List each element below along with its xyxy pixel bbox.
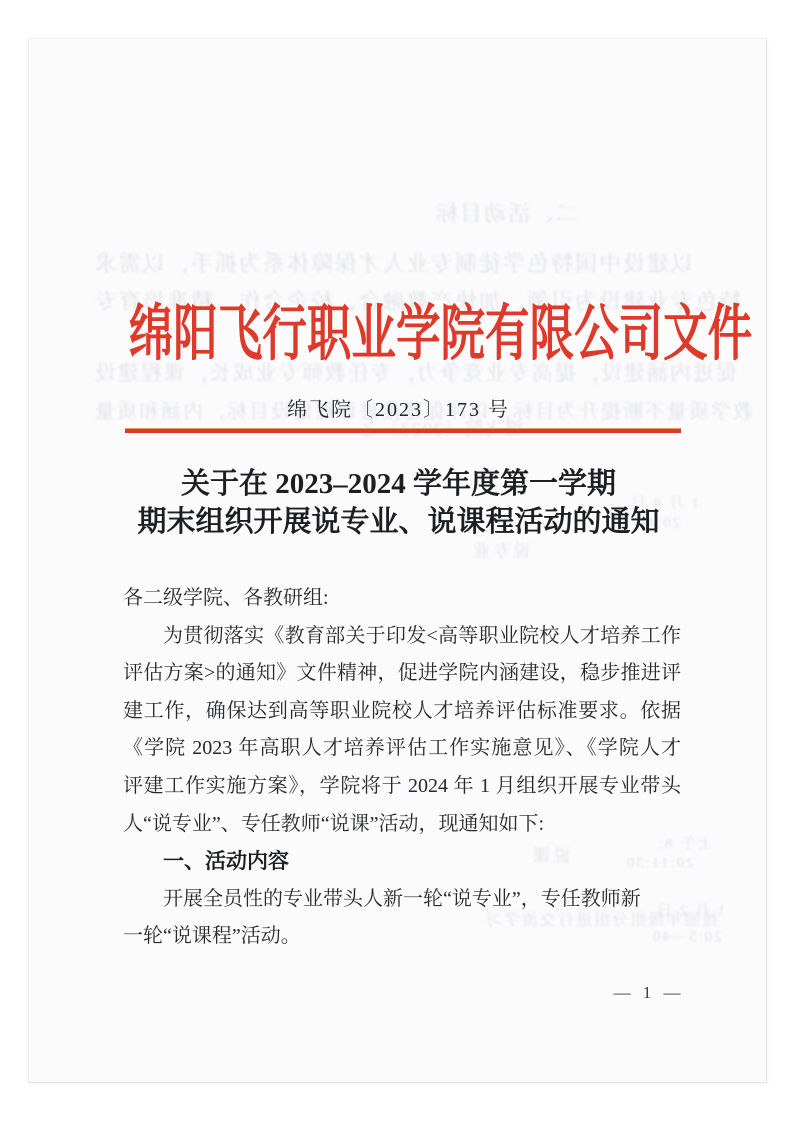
document-reference-number: 绵飞院〔2023〕173 号 bbox=[29, 393, 768, 422]
ghost-bleedthrough-text: 以建设中国特色学徒制专业人才保障体系为抓手，以需求 bbox=[93, 247, 693, 278]
letterhead-red-rule bbox=[125, 428, 681, 433]
scanned-document-page: 二、活动目标 以建设中国特色学徒制专业人才保障体系为抓手，以需求 特色专业建设为… bbox=[28, 38, 767, 1083]
ghost-bleedthrough-text: 二、活动目标 bbox=[434, 197, 578, 228]
letterhead-org-title: 绵阳飞行职业学院有限公司文件 bbox=[129, 285, 668, 372]
paragraph-line: 建工作，确保达到高等职业院校人才培养评估标准要求。依据 bbox=[123, 693, 681, 731]
paragraph-line: 人“说专业”、专任教师“说课”活动，现通知如下: bbox=[123, 806, 681, 844]
paragraph-line: 一轮“说课程”活动。 bbox=[123, 918, 681, 956]
section-heading: 一、活动内容 bbox=[123, 843, 681, 881]
document-title-line1: 关于在 2023–2024 学年度第一学期 bbox=[29, 465, 768, 503]
paragraph-line: 为贯彻落实《教育部关于印发<高等职业院校人才培养工作 bbox=[123, 618, 681, 656]
document-body: 各二级学院、各教研组: 为贯彻落实《教育部关于印发<高等职业院校人才培养工作 评… bbox=[123, 580, 681, 956]
paragraph-line: 开展全员性的专业带头人新一轮“说专业”，专任教师新 bbox=[123, 881, 681, 919]
salutation: 各二级学院、各教研组: bbox=[123, 580, 681, 618]
document-title: 关于在 2023–2024 学年度第一学期 期末组织开展说专业、说课程活动的通知 bbox=[29, 465, 768, 541]
page-number: — 1 — bbox=[569, 983, 729, 1003]
document-title-line2: 期末组织开展说专业、说课程活动的通知 bbox=[29, 503, 768, 541]
paragraph-line: 《学院 2023 年高职人才培养评估工作实施意见》、《学院人才 bbox=[123, 730, 681, 768]
paragraph-line: 评估方案>的通知》文件精神，促进学院内涵建设，稳步推进评 bbox=[123, 655, 681, 693]
paragraph-line: 评建工作实施方案》，学院将于 2024 年 1 月组织开展专业带头 bbox=[123, 768, 681, 806]
